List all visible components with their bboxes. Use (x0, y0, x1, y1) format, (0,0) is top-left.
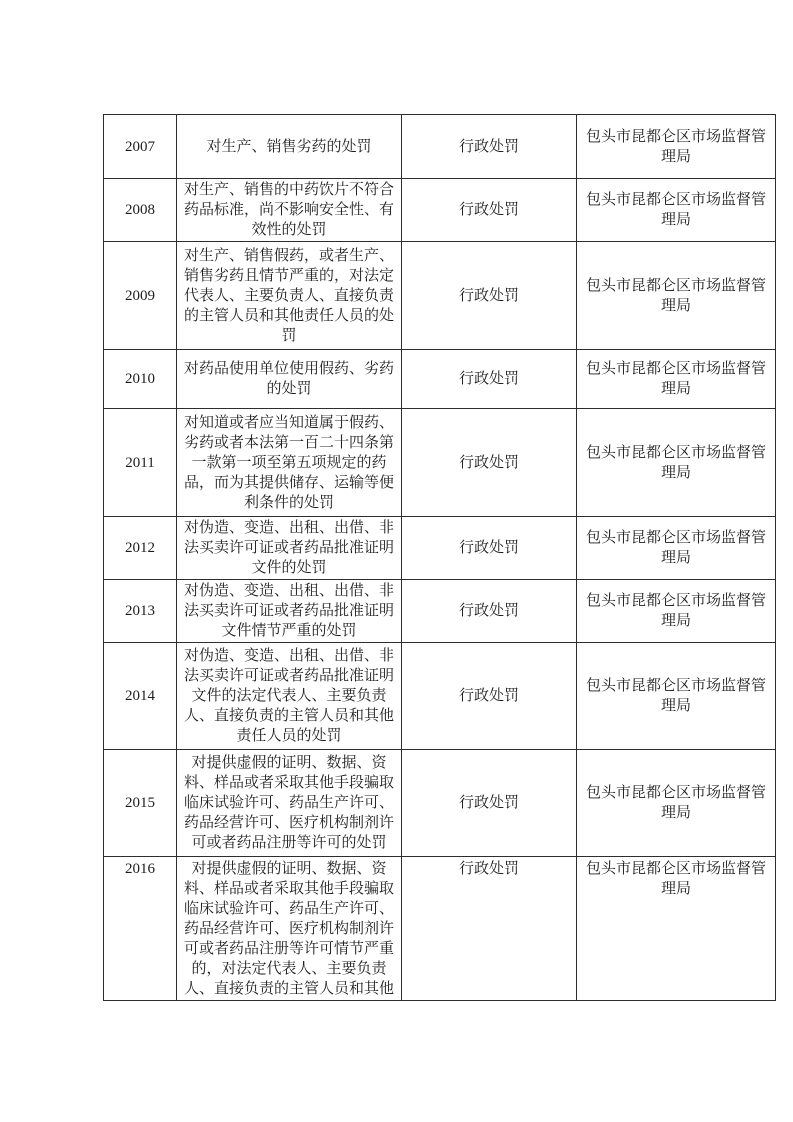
penalty-type-cell: 行政处罚 (402, 350, 577, 409)
document-page: 2007 对生产、销售劣药的处罚 行政处罚 包头市昆都仑区市场监督管理局 200… (0, 0, 793, 1122)
penalty-item-cell: 对提供虚假的证明、数据、资料、样品或者采取其他手段骗取临床试验许可、药品生产许可… (177, 857, 402, 1001)
penalty-type-cell: 行政处罚 (402, 857, 577, 1001)
row-number-cell: 2010 (104, 350, 177, 409)
penalty-item-cell: 对伪造、变造、出租、出借、非法买卖许可证或者药品批准证明文件情节严重的处罚 (177, 580, 402, 643)
table-row: 2009 对生产、销售假药，或者生产、销售劣药且情节严重的，对法定代表人、主要负… (104, 242, 776, 350)
row-number-cell: 2011 (104, 409, 177, 517)
penalty-type-cell: 行政处罚 (402, 643, 577, 750)
table-row: 2008 对生产、销售的中药饮片不符合药品标准，尚不影响安全性、有效性的处罚 行… (104, 179, 776, 242)
penalty-item-cell: 对伪造、变造、出租、出借、非法买卖许可证或者药品批准证明文件的处罚 (177, 517, 402, 580)
penalty-item-cell: 对药品使用单位使用假药、劣药的处罚 (177, 350, 402, 409)
row-number-cell: 2008 (104, 179, 177, 242)
penalty-item-cell: 对知道或者应当知道属于假药、劣药或者本法第一百二十四条第一款第一项至第五项规定的… (177, 409, 402, 517)
penalty-item-cell: 对生产、销售劣药的处罚 (177, 115, 402, 179)
authority-cell: 包头市昆都仑区市场监督管理局 (577, 580, 776, 643)
authority-cell: 包头市昆都仑区市场监督管理局 (577, 350, 776, 409)
penalty-type-cell: 行政处罚 (402, 179, 577, 242)
penalty-item-cell: 对伪造、变造、出租、出借、非法买卖许可证或者药品批准证明文件的法定代表人、主要负… (177, 643, 402, 750)
table-row: 2015 对提供虚假的证明、数据、资料、样品或者采取其他手段骗取临床试验许可、药… (104, 750, 776, 857)
authority-cell: 包头市昆都仑区市场监督管理局 (577, 179, 776, 242)
penalty-type-cell: 行政处罚 (402, 750, 577, 857)
authority-cell: 包头市昆都仑区市场监督管理局 (577, 409, 776, 517)
row-number-cell: 2007 (104, 115, 177, 179)
table-row: 2010 对药品使用单位使用假药、劣药的处罚 行政处罚 包头市昆都仑区市场监督管… (104, 350, 776, 409)
table-row: 2012 对伪造、变造、出租、出借、非法买卖许可证或者药品批准证明文件的处罚 行… (104, 517, 776, 580)
row-number-cell: 2014 (104, 643, 177, 750)
penalty-type-cell: 行政处罚 (402, 580, 577, 643)
row-number-cell: 2012 (104, 517, 177, 580)
authority-cell: 包头市昆都仑区市场监督管理局 (577, 857, 776, 1001)
table-row-clipped-by-page-break: 2016 对提供虚假的证明、数据、资料、样品或者采取其他手段骗取临床试验许可、药… (104, 857, 776, 1001)
penalty-item-cell: 对提供虚假的证明、数据、资料、样品或者采取其他手段骗取临床试验许可、药品生产许可… (177, 750, 402, 857)
penalty-item-cell: 对生产、销售的中药饮片不符合药品标准，尚不影响安全性、有效性的处罚 (177, 179, 402, 242)
authority-cell: 包头市昆都仑区市场监督管理局 (577, 643, 776, 750)
row-number-cell: 2016 (104, 857, 177, 1001)
authority-cell: 包头市昆都仑区市场监督管理局 (577, 115, 776, 179)
penalty-type-cell: 行政处罚 (402, 517, 577, 580)
authority-cell: 包头市昆都仑区市场监督管理局 (577, 517, 776, 580)
table-row: 2007 对生产、销售劣药的处罚 行政处罚 包头市昆都仑区市场监督管理局 (104, 115, 776, 179)
penalty-type-cell: 行政处罚 (402, 115, 577, 179)
table-row: 2014 对伪造、变造、出租、出借、非法买卖许可证或者药品批准证明文件的法定代表… (104, 643, 776, 750)
authority-cell: 包头市昆都仑区市场监督管理局 (577, 242, 776, 350)
table-row: 2011 对知道或者应当知道属于假药、劣药或者本法第一百二十四条第一款第一项至第… (104, 409, 776, 517)
penalty-table: 2007 对生产、销售劣药的处罚 行政处罚 包头市昆都仑区市场监督管理局 200… (103, 114, 776, 1001)
penalty-item-cell: 对生产、销售假药，或者生产、销售劣药且情节严重的，对法定代表人、主要负责人、直接… (177, 242, 402, 350)
row-number-cell: 2013 (104, 580, 177, 643)
table-row: 2013 对伪造、变造、出租、出借、非法买卖许可证或者药品批准证明文件情节严重的… (104, 580, 776, 643)
row-number-cell: 2009 (104, 242, 177, 350)
penalty-type-cell: 行政处罚 (402, 409, 577, 517)
penalty-type-cell: 行政处罚 (402, 242, 577, 350)
authority-cell: 包头市昆都仑区市场监督管理局 (577, 750, 776, 857)
row-number-cell: 2015 (104, 750, 177, 857)
